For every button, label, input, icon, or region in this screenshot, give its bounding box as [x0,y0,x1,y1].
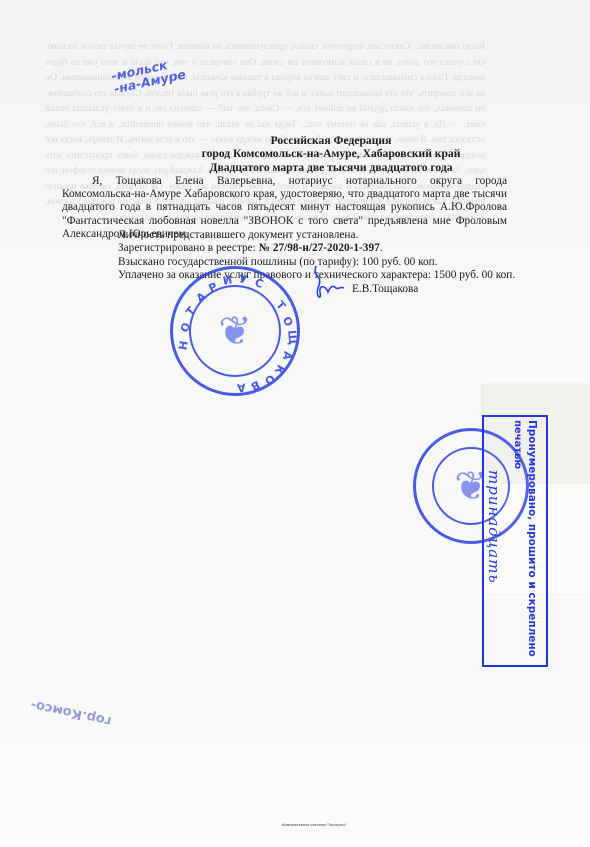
footer-note: Компьютерная система "Экспресс" [282,823,347,827]
header-date: Двадцатого марта две тысячи двадцатого г… [36,161,590,174]
registry-label: Зарегистрировано в реестре: [118,242,259,254]
registry-end: . [380,242,383,254]
signature-icon [310,264,346,304]
binding-stamp-sub: печатью [512,420,523,469]
binding-handwritten-count: тринадцать [485,470,503,584]
header-city: город Комсомольск-на-Амуре, Хабаровский … [36,147,590,160]
fee-line: Взыскано государственной пошлины (по тар… [118,256,438,268]
notary-seal: ❦ Н О Т А Р И У С Т О Щ А К О В А [170,266,300,396]
registry-line: Зарегистрировано в реестре: № 27/98-н/27… [118,242,383,254]
header-country: Российская Федерация [36,134,590,147]
seal-ring-text: Н О Т А Р И У С Т О Щ А К О В А [173,269,297,393]
notary-name: Е.В.Тощакова [352,283,418,295]
document-page: Когда она вновь... Святослав, вздрогнув,… [0,0,590,847]
registry-number: № 27/98-н/27-2020-1-397 [259,242,380,254]
identity-line: Личность представившего документ установ… [118,229,358,241]
bleed-through-text: Когда она вновь... Святослав, вздрогнув,… [45,0,485,800]
